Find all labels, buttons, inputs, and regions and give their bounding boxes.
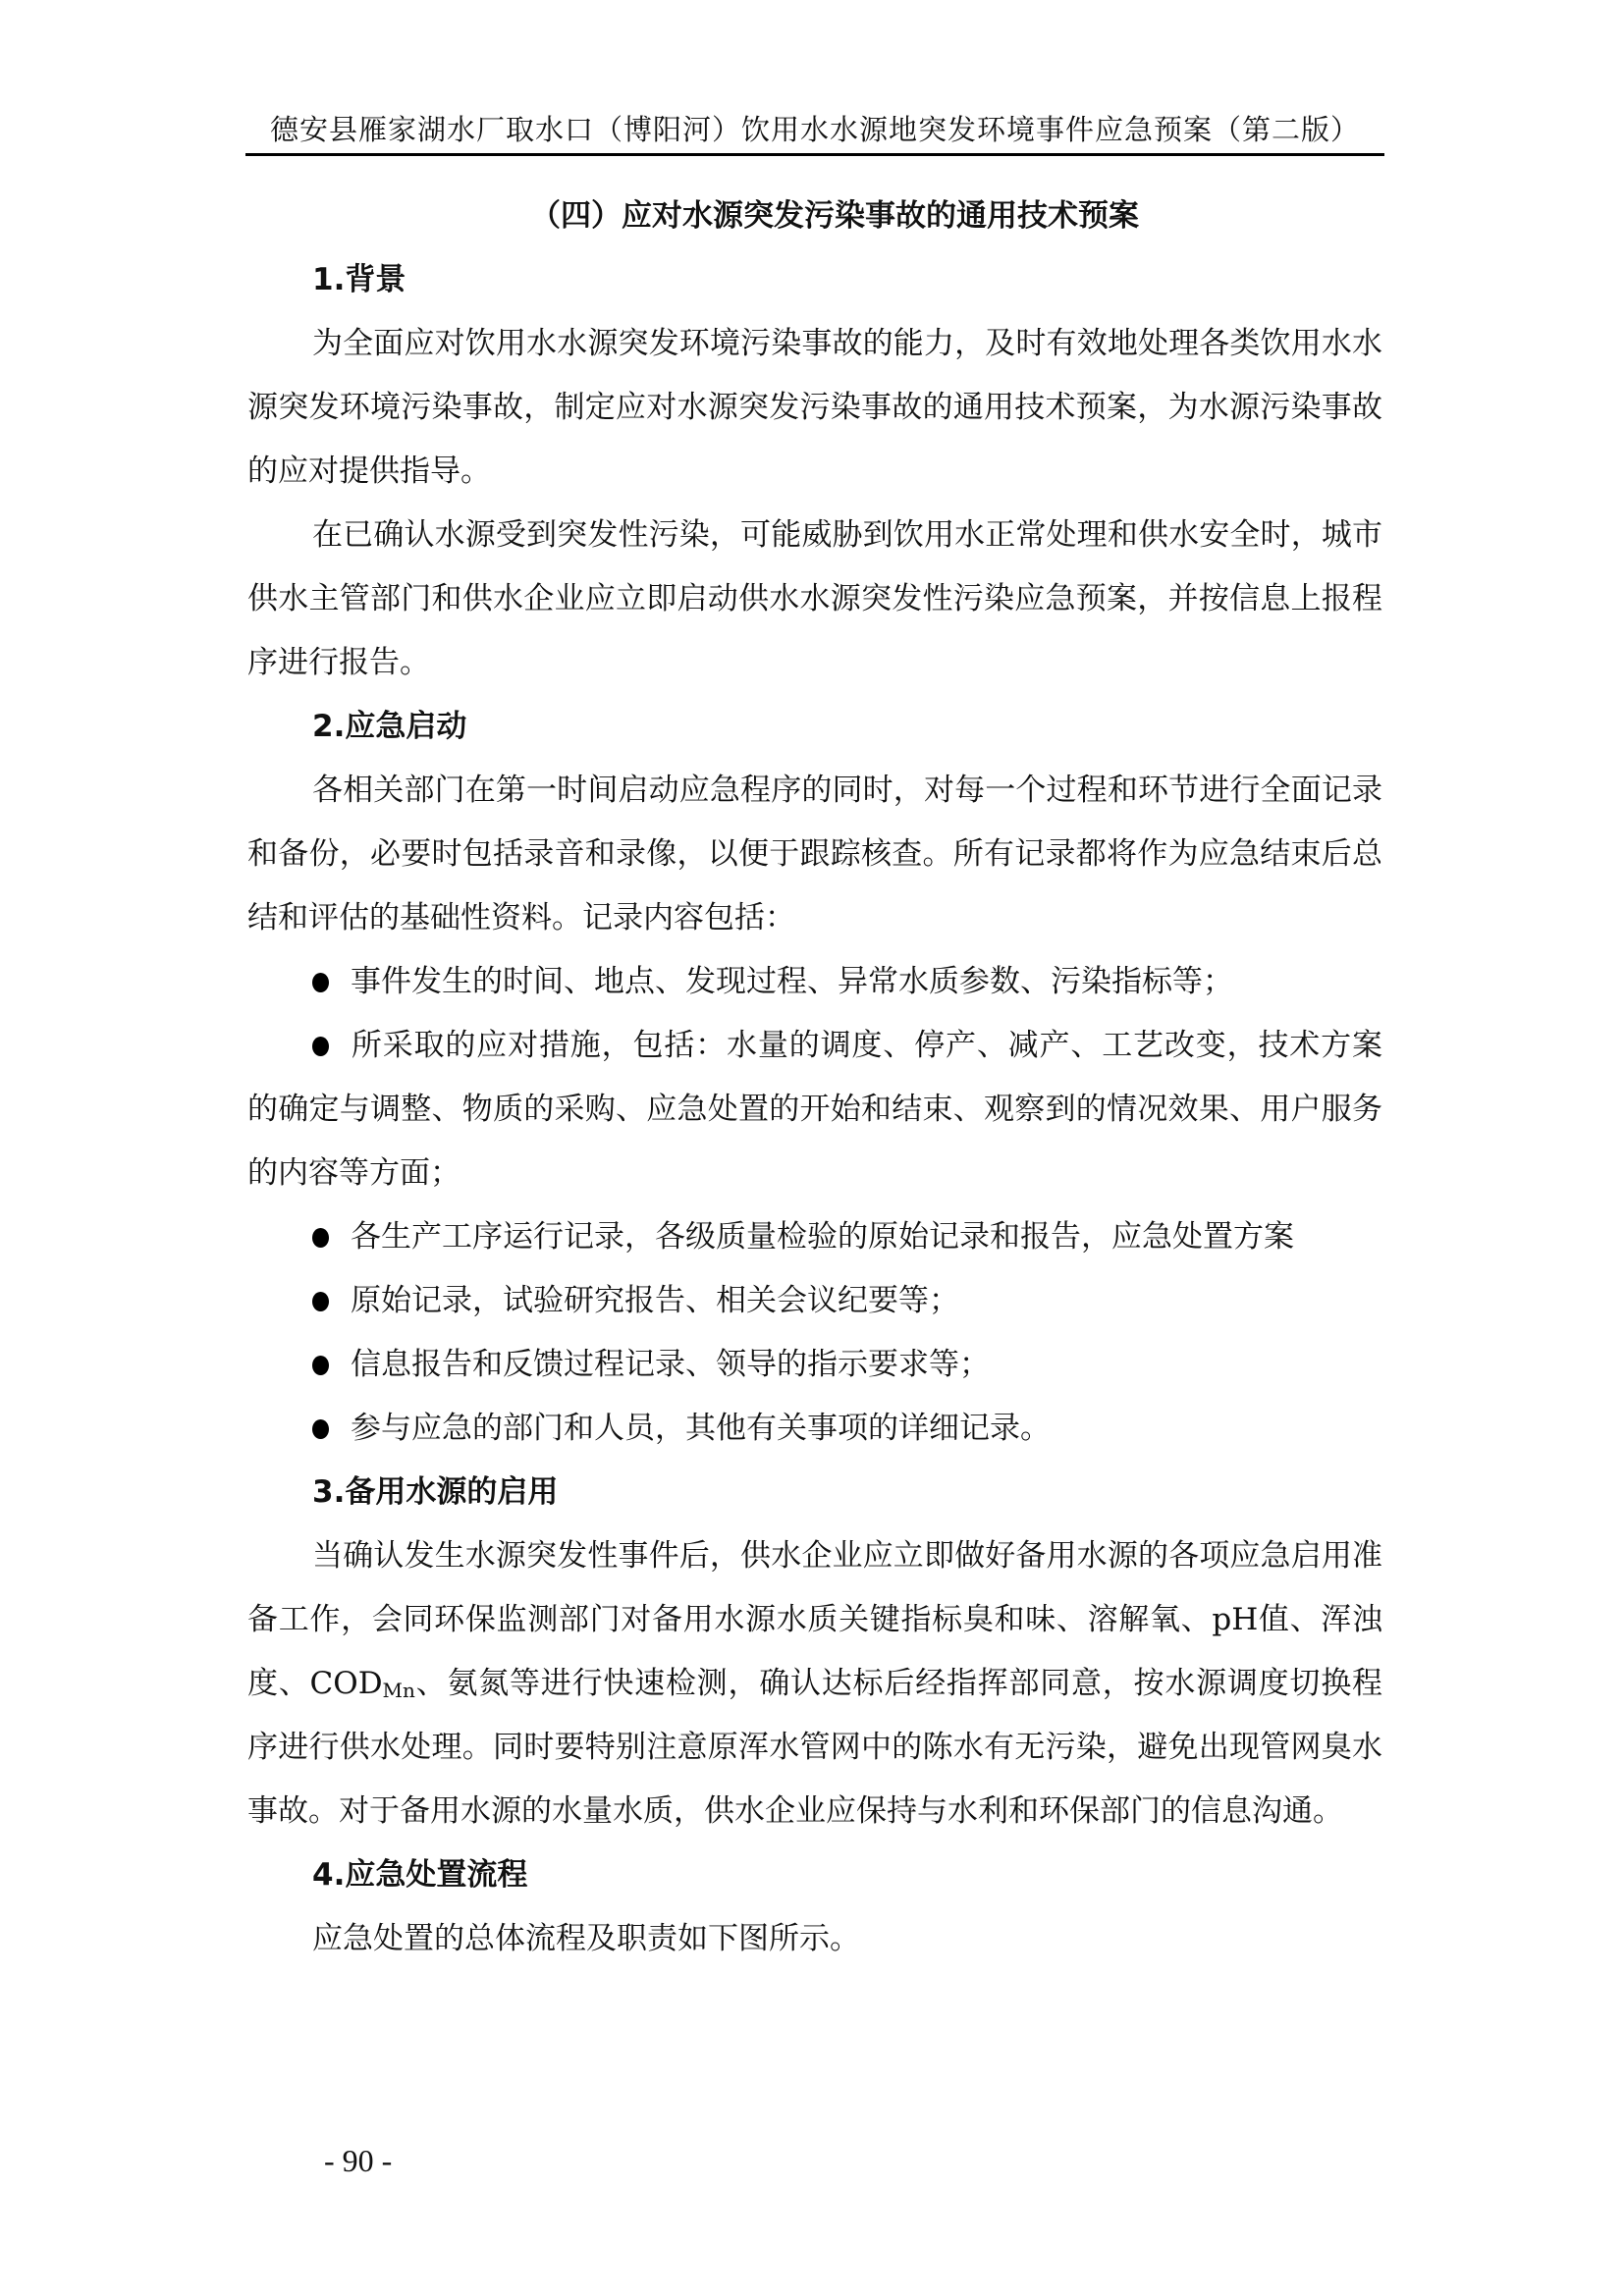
header-divider <box>245 153 1384 156</box>
paragraph: 应急处置的总体流程及职责如下图所示。 <box>247 1907 1382 1971</box>
bullet-icon <box>312 1356 329 1375</box>
page-number: - 90 - <box>324 2143 392 2179</box>
paragraph: 各相关部门在第一时间启动应急程序的同时，对每一个过程和环节进行全面记录和备份，必… <box>247 759 1382 950</box>
paragraph: 为全面应对饮用水水源突发环境污染事故的能力，及时有效地处理各类饮用水水源突发环境… <box>247 312 1382 504</box>
bullet-icon <box>312 973 329 992</box>
section-title: （四）应对水源突发污染事故的通用技术预案 <box>247 185 1382 248</box>
bullet-text: 各生产工序运行记录，各级质量检验的原始记录和报告，应急处置方案 <box>351 1219 1294 1255</box>
subsection-heading-process: 4.应急处置流程 <box>247 1843 1382 1907</box>
subsection-heading-emergency-start: 2.应急启动 <box>247 695 1382 759</box>
bullet-text: 参与应急的部门和人员，其他有关事项的详细记录。 <box>351 1411 1051 1446</box>
bullet-icon <box>312 1292 329 1311</box>
paragraph-text: 、氨氮等进行快速检测，确认达标后经指挥部同意，按水源调度切换程序进行供水处理。同… <box>247 1666 1382 1829</box>
bullet-item: 所采取的应对措施，包括：水量的调度、停产、减产、工艺改变，技术方案的确定与调整、… <box>247 1014 1382 1205</box>
bullet-item: 参与应急的部门和人员，其他有关事项的详细记录。 <box>247 1397 1382 1461</box>
bullet-item: 信息报告和反馈过程记录、领导的指示要求等； <box>247 1333 1382 1397</box>
paragraph: 在已确认水源受到突发性污染，可能威胁到饮用水正常处理和供水安全时，城市供水主管部… <box>247 504 1382 695</box>
bullet-item: 事件发生的时间、地点、发现过程、异常水质参数、污染指标等； <box>247 950 1382 1014</box>
bullet-text: 原始记录，试验研究报告、相关会议纪要等； <box>351 1283 959 1318</box>
bullet-item: 原始记录，试验研究报告、相关会议纪要等； <box>247 1269 1382 1333</box>
bullet-icon <box>312 1419 329 1439</box>
page-body: （四）应对水源突发污染事故的通用技术预案 1.背景 为全面应对饮用水水源突发环境… <box>247 185 1382 1971</box>
bullet-icon <box>312 1037 329 1056</box>
bullet-icon <box>312 1228 329 1248</box>
subsection-heading-background: 1.背景 <box>247 248 1382 312</box>
bullet-text: 信息报告和反馈过程记录、领导的指示要求等； <box>351 1347 990 1382</box>
bullet-item: 各生产工序运行记录，各级质量检验的原始记录和报告，应急处置方案 <box>247 1205 1382 1269</box>
subsection-heading-backup-source: 3.备用水源的启用 <box>247 1461 1382 1524</box>
bullet-text: 所采取的应对措施，包括：水量的调度、停产、减产、工艺改变，技术方案的确定与调整、… <box>247 1028 1382 1191</box>
bullet-text: 事件发生的时间、地点、发现过程、异常水质参数、污染指标等； <box>351 964 1233 999</box>
paragraph: 当确认发生水源突发性事件后，供水企业应立即做好备用水源的各项应急启用准备工作，会… <box>247 1524 1382 1843</box>
subscript-text: Mn <box>383 1679 415 1702</box>
running-header: 德安县雁家湖水厂取水口（博阳河）饮用水水源地突发环境事件应急预案（第二版） <box>245 110 1384 149</box>
